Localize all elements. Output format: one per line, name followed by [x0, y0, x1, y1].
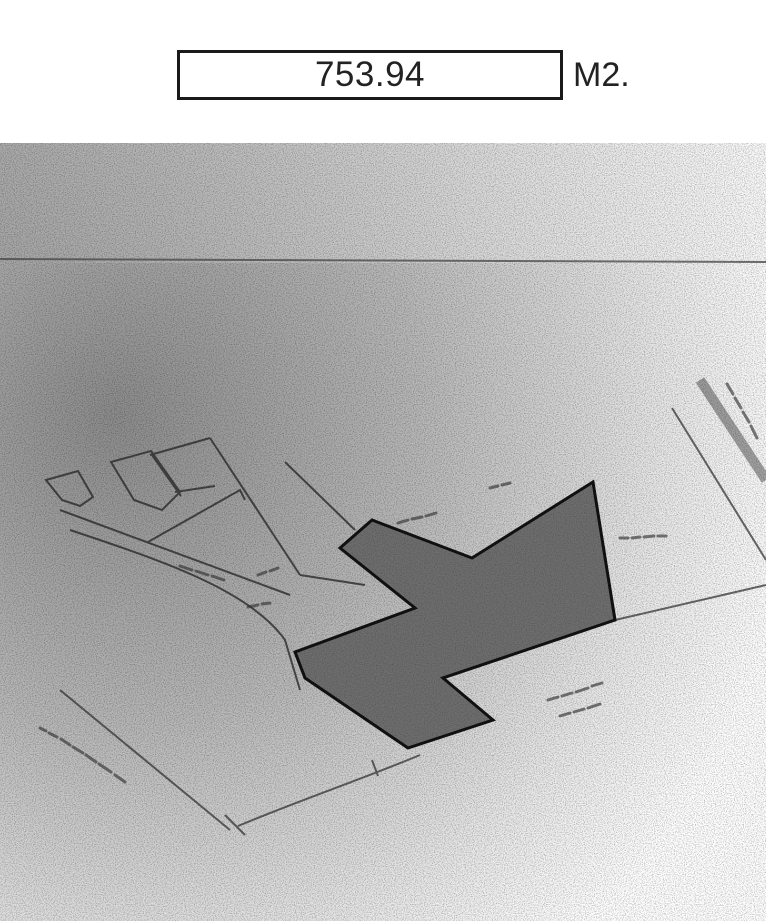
site-map-drawing: [0, 143, 766, 921]
site-map: [0, 143, 766, 921]
area-value: 753.94: [315, 55, 425, 95]
area-value-box: 753.94: [177, 50, 563, 100]
area-unit-label: M2.: [573, 56, 630, 95]
